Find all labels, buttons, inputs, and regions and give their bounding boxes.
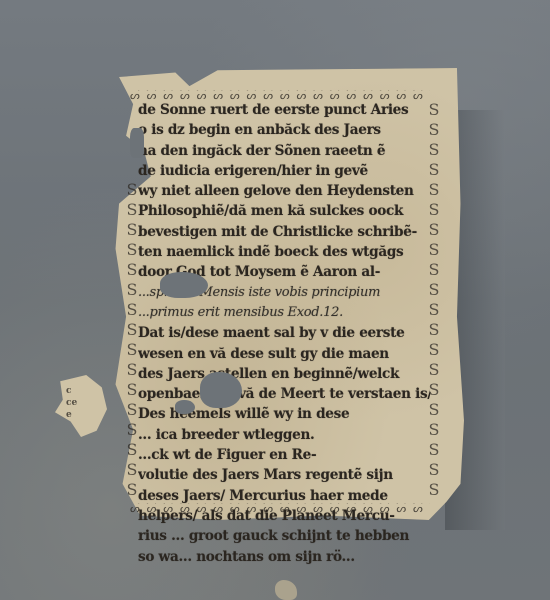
fragment-text: c ce e xyxy=(66,385,106,421)
text-line: Dat is/dese maent sal by v die eerste xyxy=(138,323,430,343)
text-line: volutie des Jaers Mars regentẽ sijn xyxy=(138,465,430,485)
damage-hole xyxy=(160,272,208,298)
text-line: Philosophiẽ/dă men kă sulckes oock xyxy=(138,201,430,221)
text-line: so wa... nochtans om sijn rö... xyxy=(138,547,430,567)
text-line: o is dz begin en anbăck des Jaers xyxy=(138,120,430,140)
text-line: ten naemlick indẽ boeck des wtgăgs xyxy=(138,242,430,262)
text-line: des Jaers astellen en beginnẽ/welck xyxy=(138,364,430,384)
text-line: bevestigen mit de Christlicke schribẽ- xyxy=(138,222,430,242)
text-line: de iudicia erigeren/hier in gevẽ xyxy=(138,161,430,181)
damage-hole xyxy=(175,400,195,414)
text-line: helpers/ als dat die Planeet Mercu- xyxy=(138,506,430,526)
text-line: ... ica breeder wtleggen. xyxy=(138,425,430,445)
torn-edge xyxy=(130,128,144,158)
text-line: wesen en vă dese sult gy die maen xyxy=(138,344,430,364)
text-line: de Sonne ruert de eerste punct Aries xyxy=(138,100,430,120)
latin-citation-line: ...primus erit mensibus Exod.12. xyxy=(138,303,430,323)
text-line: deses Jaers/ Mercurius haer mede xyxy=(138,486,430,506)
blackletter-text-block: de Sonne ruert de eerste punct Aries o i… xyxy=(138,100,430,567)
ornamental-border-left: SS SS SS SS SS SS SS SS xyxy=(126,180,138,500)
text-line: rius ... groot gauck schijnt te hebben xyxy=(138,526,430,546)
text-line: na den ingăck der Sõnen raeetn ẽ xyxy=(138,141,430,161)
damage-hole xyxy=(200,372,242,408)
text-line: ...ck wt de Figuer en Re- xyxy=(138,445,430,465)
text-line: wy niet alleen gelove den Heydensten xyxy=(138,181,430,201)
